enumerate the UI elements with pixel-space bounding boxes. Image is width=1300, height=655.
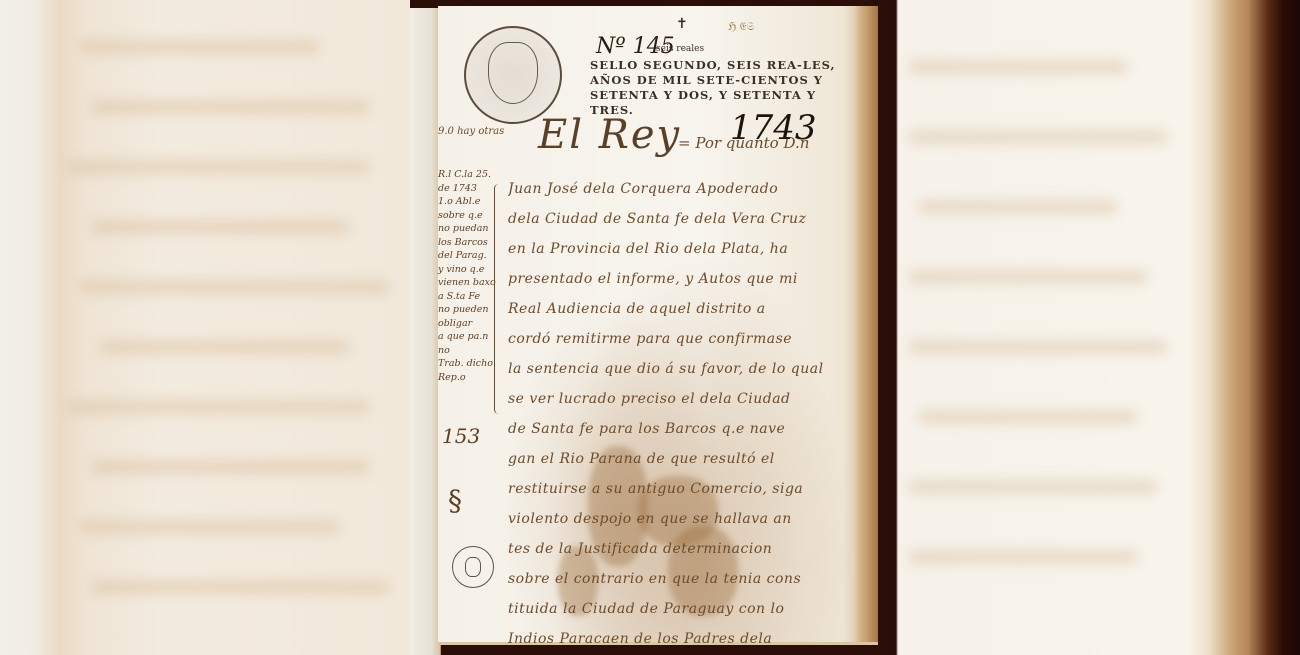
blurred-text-line <box>908 60 1128 74</box>
body-line: la sentencia que dio á su favor, de lo q… <box>508 354 848 384</box>
body-line: de Santa fe para los Barcos q.e nave <box>508 414 848 444</box>
margin-note: no <box>438 344 500 358</box>
royal-seal-stamp <box>464 26 562 124</box>
flourish-icon: § <box>448 484 462 517</box>
margin-note: Trab. dicho <box>438 357 500 371</box>
body-line: tes de la Justificada determinacion <box>508 534 848 564</box>
blurred-text-line <box>908 270 1148 284</box>
previous-page-edge <box>410 8 441 655</box>
body-line: dela Ciudad de Santa fe dela Vera Cruz <box>508 204 848 234</box>
body-line: se ver lucrado preciso el dela Ciudad <box>508 384 848 414</box>
blurred-text-line <box>90 220 350 234</box>
blurred-text-line <box>80 280 390 294</box>
blurred-text-line <box>908 130 1168 144</box>
body-line: restituirse a su antiguo Comercio, siga <box>508 474 848 504</box>
body-line: sobre el contrario en que la tenia cons <box>508 564 848 594</box>
blurred-text-line <box>918 200 1118 214</box>
coat-of-arms-icon <box>488 42 538 104</box>
margin-note: Rep.o <box>438 371 500 385</box>
archive-stamp-icon <box>452 546 494 588</box>
margin-note: del Parag. <box>438 249 500 263</box>
stamp-denomination: seis reales <box>656 44 704 54</box>
blurred-text-line <box>918 410 1138 424</box>
margin-note: no pueden <box>438 303 500 317</box>
blurred-text-line <box>90 460 370 474</box>
margin-note: vienen baxo <box>438 276 500 290</box>
document-year: 1743 <box>730 108 817 148</box>
blurred-text-line <box>80 520 340 534</box>
margin-note: de 1743 <box>438 182 500 196</box>
blurred-text-line <box>70 400 370 414</box>
margin-note: a S.ta Fe <box>438 290 500 304</box>
blurred-text-line <box>908 340 1168 354</box>
cross-mark: ✝ <box>676 16 688 32</box>
margin-top-note: 9.0 hay otras <box>438 126 504 137</box>
blurred-text-line <box>908 550 1138 564</box>
margin-note: obligar <box>438 317 500 331</box>
margin-note: a que pa.n <box>438 330 500 344</box>
body-line: Indios Paracaen de los Padres dela <box>508 624 848 654</box>
margin-bracket <box>494 184 503 414</box>
blurred-background-left <box>0 0 412 655</box>
margin-notes: R.l C.la 25. de 1743 1.o Abl.e sobre q.e… <box>438 168 500 384</box>
body-line: presentado el informe, y Autos que mi <box>508 264 848 294</box>
body-line: Real Audiencia de aquel distrito a <box>508 294 848 324</box>
blurred-background-right <box>888 0 1300 655</box>
body-line: en la Provincia del Rio dela Plata, ha <box>508 234 848 264</box>
page-worn-edge <box>854 6 878 642</box>
manuscript-page: ✝ ℌ 𝔈𝔖 Nº 145 seis reales SELLO SEGUNDO,… <box>438 6 878 645</box>
body-line: cordó remitirme para que confirmase <box>508 324 848 354</box>
blurred-text-line <box>80 40 320 54</box>
manuscript-body: Juan José dela Corquera Apoderado dela C… <box>508 174 848 654</box>
margin-note: y vino q.e <box>438 263 500 277</box>
margin-note: 1.o Abl.e <box>438 195 500 209</box>
salutation: El Rey <box>538 112 681 158</box>
body-line: gan el Rio Parana de que resultó el <box>508 444 848 474</box>
blurred-text-line <box>70 160 370 174</box>
margin-note: los Barcos <box>438 236 500 250</box>
body-line: tituida la Ciudad de Paraguay con lo <box>508 594 848 624</box>
manuscript-book: ✝ ℌ 𝔈𝔖 Nº 145 seis reales SELLO SEGUNDO,… <box>410 0 888 655</box>
body-line: violento despojo en que se hallava an <box>508 504 848 534</box>
blurred-text-line <box>908 480 1158 494</box>
margin-note: no puedan <box>438 222 500 236</box>
blurred-text-line <box>90 100 370 114</box>
body-line: Juan José dela Corquera Apoderado <box>508 174 848 204</box>
blurred-text-line <box>90 580 390 594</box>
gold-stamp-mark: ℌ 𝔈𝔖 <box>728 20 754 34</box>
blurred-text-line <box>100 340 350 354</box>
margin-note: sobre q.e <box>438 209 500 223</box>
margin-number: 153 <box>442 424 480 448</box>
margin-note: R.l C.la 25. <box>438 168 500 182</box>
